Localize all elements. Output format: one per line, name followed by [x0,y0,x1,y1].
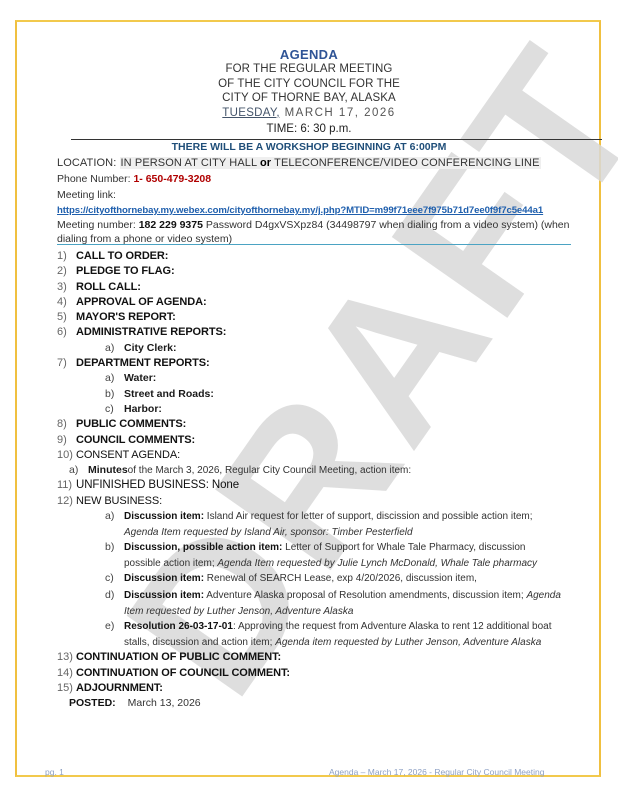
subitem-label: Minutes [88,463,128,478]
footer-title: Agenda – March 17, 2026 - Regular City C… [329,767,544,777]
new-business-item: e)Resolution 26-03-17-01: Approving the … [57,619,597,650]
subitem-label: Discussion item: [124,511,204,522]
agenda-subitem: b)Street and Roads: [57,387,597,402]
item-label: CONSENT AGENDA: [76,448,180,463]
subitem-letter: b) [105,540,124,571]
subitem-letter: a) [105,509,124,540]
item-label: APPROVAL OF AGENDA: [76,295,207,310]
meeting-link-label: Meeting link: [57,188,116,202]
header-line-2: OF THE CITY COUNCIL FOR THE [0,77,618,92]
subitem-label: Water: [124,371,156,386]
subitem-label: Street and Roads: [124,387,214,402]
header-line-3: CITY OF THORNE BAY, ALASKA [0,91,618,106]
agenda-subitem: a)Water: [57,371,597,386]
header-divider [71,139,602,140]
subitem-text: Adventure Alaska proposal of Resolution … [204,590,526,601]
subitem-label: Resolution 26-03-17-01 [124,621,233,632]
agenda-item: 13)CONTINUATION OF PUBLIC COMMENT: [57,650,597,665]
item-label: COUNCIL COMMENTS: [76,433,195,448]
subitem-letter: b) [105,387,124,402]
item-number: 9) [57,433,76,448]
phone-line: Phone Number: 1- 650-479-3208 [57,172,211,186]
item-number: 1) [57,249,76,264]
location-value: IN PERSON AT CITY HALL or TELECONFERENCE… [120,157,541,169]
subitem-text: Island Air request for letter of support… [204,511,533,522]
item-number: 4) [57,295,76,310]
agenda-item: 6)ADMINISTRATIVE REPORTS: [57,325,597,340]
agenda-item: 10)CONSENT AGENDA: [57,448,597,463]
item-number: 8) [57,417,76,432]
location-label: LOCATION: [57,157,120,169]
subitem-letter: a) [105,371,124,386]
subitem-letter: e) [105,619,124,650]
subitem-body: Discussion item: Renewal of SEARCH Lease… [124,571,564,587]
agenda-item: 11)UNFINISHED BUSINESS: None [57,478,597,493]
subitem-label: Discussion, possible action item: [124,542,282,553]
phone-label: Phone Number: [57,173,133,185]
item-label: MAYOR'S REPORT: [76,310,176,325]
item-label: ROLL CALL: [76,280,141,295]
agenda-item: 14)CONTINUATION OF COUNCIL COMMENT: [57,666,597,681]
document-page: AGENDA FOR THE REGULAR MEETING OF THE CI… [0,0,618,800]
agenda-subitem: a)City Clerk: [57,341,597,356]
subitem-text: of the March 3, 2026, Regular City Counc… [128,463,411,478]
location-in-person: IN PERSON AT CITY HALL [121,157,260,169]
subitem-body: Discussion item: Adventure Alaska propos… [124,588,564,619]
new-business-item: c)Discussion item: Renewal of SEARCH Lea… [57,571,597,587]
meeting-number: 182 229 9375 [139,219,203,231]
agenda-item: 4)APPROVAL OF AGENDA: [57,295,597,310]
item-label: NEW BUSINESS: [76,494,162,509]
meeting-link[interactable]: https://cityofthornebay.my.webex.com/cit… [57,204,543,218]
agenda-item: 15)ADJOURNMENT: [57,681,597,696]
item-label: PUBLIC COMMENTS: [76,417,186,432]
item-number: 3) [57,280,76,295]
item-label: CONTINUATION OF PUBLIC COMMENT: [76,650,281,665]
agenda-item: 7)DEPARTMENT REPORTS: [57,356,597,371]
subitem-label: Discussion item: [124,590,204,601]
agenda-item: 12)NEW BUSINESS: [57,494,597,509]
item-label: ADJOURNMENT: [76,681,163,696]
new-business-item: b)Discussion, possible action item: Lett… [57,540,597,571]
subitem-letter: a) [69,463,88,478]
subitem-label: Harbor: [124,402,162,417]
item-number: 7) [57,356,76,371]
meeting-day: TUESDAY, [222,107,280,119]
agenda-subitem: c)Harbor: [57,402,597,417]
subitem-requester: Agenda Item requested by Island Air, spo… [124,527,413,538]
item-number: 15) [57,681,76,696]
subitem-body: Discussion, possible action item: Letter… [124,540,564,571]
agenda-list: 1)CALL TO ORDER: 2)PLEDGE TO FLAG: 3)ROL… [57,249,597,711]
item-label: ADMINISTRATIVE REPORTS: [76,325,226,340]
agenda-item: 8)PUBLIC COMMENTS: [57,417,597,432]
agenda-header: AGENDA FOR THE REGULAR MEETING OF THE CI… [0,47,618,137]
agenda-subitem: a)Minutes of the March 3, 2026, Regular … [57,463,597,478]
item-number: 11) [57,478,76,493]
item-label: CONTINUATION OF COUNCIL COMMENT: [76,666,290,681]
meeting-number-line: Meeting number: 182 229 9375 Password D4… [57,219,597,246]
location-line: LOCATION: IN PERSON AT CITY HALL or TELE… [57,156,541,170]
info-divider [57,244,571,245]
item-number: 2) [57,264,76,279]
workshop-notice: THERE WILL BE A WORKSHOP BEGINNING AT 6:… [0,141,618,153]
meeting-number-label: Meeting number: [57,219,139,231]
item-label: UNFINISHED BUSINESS: None [76,478,239,493]
subitem-label: City Clerk: [124,341,177,356]
item-number: 12) [57,494,76,509]
new-business-item: a)Discussion item: Island Air request fo… [57,509,597,540]
agenda-item: 1)CALL TO ORDER: [57,249,597,264]
header-line-1: FOR THE REGULAR MEETING [0,62,618,77]
item-number: 14) [57,666,76,681]
subitem-label: Discussion item: [124,573,204,584]
agenda-item: 5)MAYOR'S REPORT: [57,310,597,325]
location-or: or [260,157,271,169]
agenda-item: 9)COUNCIL COMMENTS: [57,433,597,448]
new-business-item: d)Discussion item: Adventure Alaska prop… [57,588,597,619]
meeting-date: TUESDAY, MARCH 17, 2026 [0,106,618,121]
subitem-body: Discussion item: Island Air request for … [124,509,564,540]
meeting-date-text: MARCH 17, 2026 [280,107,396,119]
subitem-letter: a) [105,341,124,356]
agenda-item: 3)ROLL CALL: [57,280,597,295]
subitem-letter: c) [105,402,124,417]
subitem-letter: d) [105,588,124,619]
location-remote: TELECONFERENCE/VIDEO CONFERENCING LINE [271,157,539,169]
posted-line: POSTED:March 13, 2026 [57,696,597,711]
meeting-time: TIME: 6: 30 p.m. [0,122,618,137]
item-number: 13) [57,650,76,665]
item-number: 5) [57,310,76,325]
subitem-requester: Agenda Item requested by Julie Lynch McD… [217,558,537,569]
posted-date: March 13, 2026 [128,697,201,709]
subitem-letter: c) [105,571,124,587]
phone-number[interactable]: 1- 650-479-3208 [133,173,211,185]
item-number: 6) [57,325,76,340]
item-number: 10) [57,448,76,463]
subitem-requester: Agenda item requested by Luther Jenson, … [275,637,541,648]
item-label: DEPARTMENT REPORTS: [76,356,210,371]
page-title: AGENDA [0,47,618,62]
subitem-text: Renewal of SEARCH Lease, exp 4/20/2026, … [204,573,477,584]
item-label: CALL TO ORDER: [76,249,168,264]
item-label: PLEDGE TO FLAG: [76,264,175,279]
agenda-item: 2)PLEDGE TO FLAG: [57,264,597,279]
subitem-body: Resolution 26-03-17-01: Approving the re… [124,619,564,650]
posted-label: POSTED: [69,697,116,709]
footer-page-number: pg. 1 [45,767,64,777]
